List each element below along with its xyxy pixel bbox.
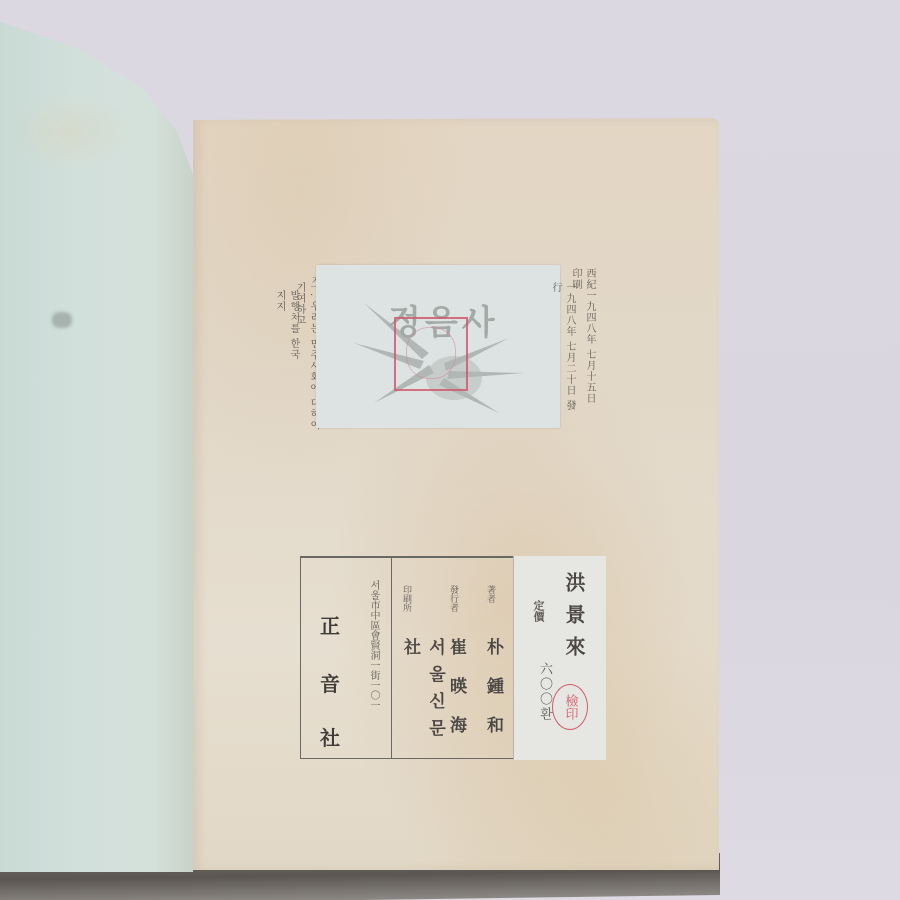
company-char-1: 正 xyxy=(320,610,340,639)
printer-name: 서울신문社 xyxy=(398,638,448,758)
book-title: 洪景來 xyxy=(560,572,589,682)
page-stain xyxy=(10,92,130,172)
divider xyxy=(391,558,392,758)
author-label: 著者 xyxy=(484,585,497,603)
inspection-seal-stamp: 檢印 xyxy=(552,684,588,730)
price-value: 六〇〇환 xyxy=(535,662,554,742)
red-seal-stamp xyxy=(394,317,468,391)
seal-text: 檢印 xyxy=(553,685,587,729)
printer-label: 印刷所 xyxy=(400,585,413,612)
publisher-address: 서울市中區會賢洞一街一〇一 xyxy=(366,580,381,745)
company-char-3: 社 xyxy=(320,722,340,751)
author-name: 朴鍾和 xyxy=(481,638,506,758)
publisher-person: 崔暎海 xyxy=(444,638,469,758)
ink-spot xyxy=(52,312,72,328)
publisher-logo-label: 정음사 xyxy=(316,265,560,428)
publisher-person-label: 發行者 xyxy=(447,585,460,612)
note-line-3: 발행처를 한국 지지 xyxy=(272,290,300,370)
company-char-2: 音 xyxy=(320,668,340,697)
left-page xyxy=(0,22,193,872)
issue-date: 一九四八年 七月二十日 發行 xyxy=(548,282,576,412)
price-label: 定價 xyxy=(530,600,546,622)
seal-figure-icon xyxy=(406,327,456,379)
